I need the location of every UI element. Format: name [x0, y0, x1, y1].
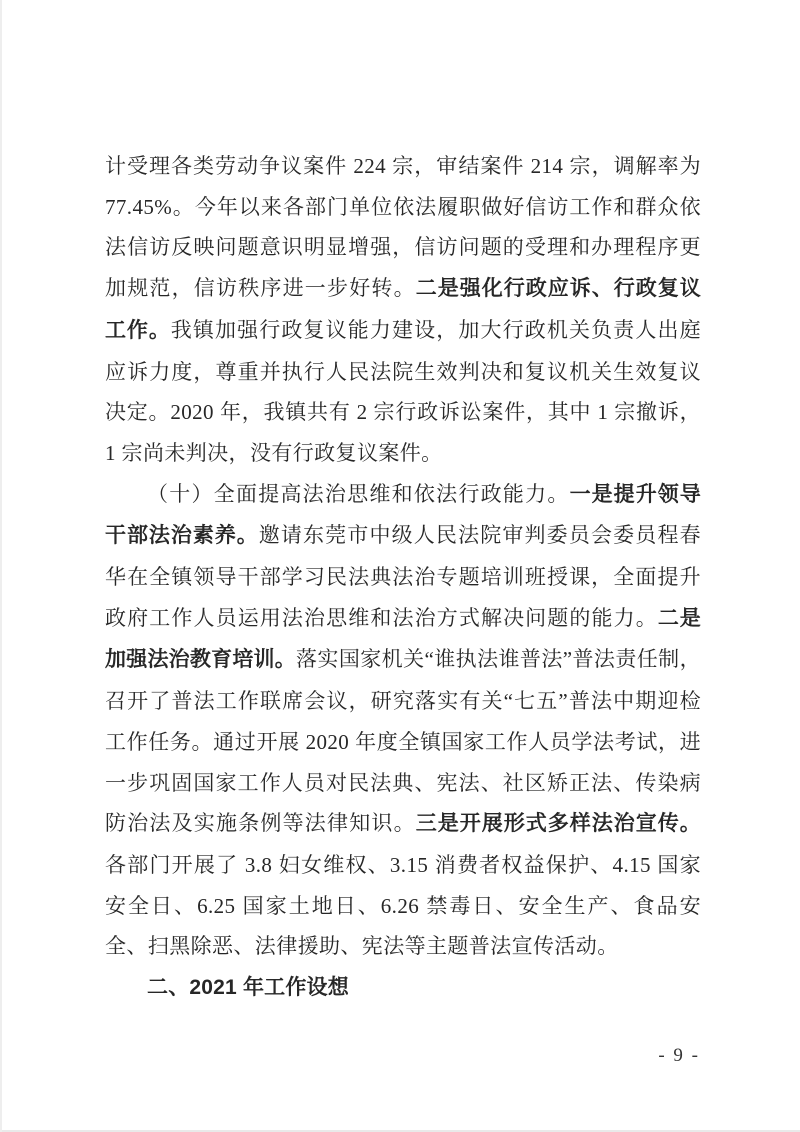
heading-2021-work-plan: 二、2021 年工作设想	[105, 967, 701, 1009]
text-segment: 各部门开展了 3.8 妇女维权、3.15 消费者权益保护、4.15 国家安全日、…	[105, 853, 701, 958]
text-block: 计受理各类劳动争议案件 224 宗，审结案件 214 宗，调解率为 77.45%…	[105, 146, 701, 1009]
document-page: 计受理各类劳动争议案件 224 宗，审结案件 214 宗，调解率为 77.45%…	[0, 0, 800, 1132]
paragraph-labor-disputes-and-appeals: 计受理各类劳动争议案件 224 宗，审结案件 214 宗，调解率为 77.45%…	[105, 146, 701, 474]
emphasis-segment: 三是开展形式多样法治宣传。	[416, 812, 701, 835]
page-number: - 9 -	[658, 1044, 700, 1068]
text-segment: （十）全面提高法治思维和依法行政能力。	[147, 482, 570, 506]
paragraph-rule-of-law-capacity: （十）全面提高法治思维和依法行政能力。一是提升领导干部法治素养。邀请东莞市中级人…	[105, 474, 701, 967]
text-segment: 落实国家机关“谁执法谁普法”普法责任制，召开了普法工作联席会议，研究落实有关“七…	[105, 647, 701, 835]
emphasis-segment: 二、2021 年工作设想	[147, 976, 349, 999]
text-segment: 我镇加强行政复议能力建设，加大行政机关负责人出庭应诉力度，尊重并执行人民法院生效…	[105, 318, 701, 465]
